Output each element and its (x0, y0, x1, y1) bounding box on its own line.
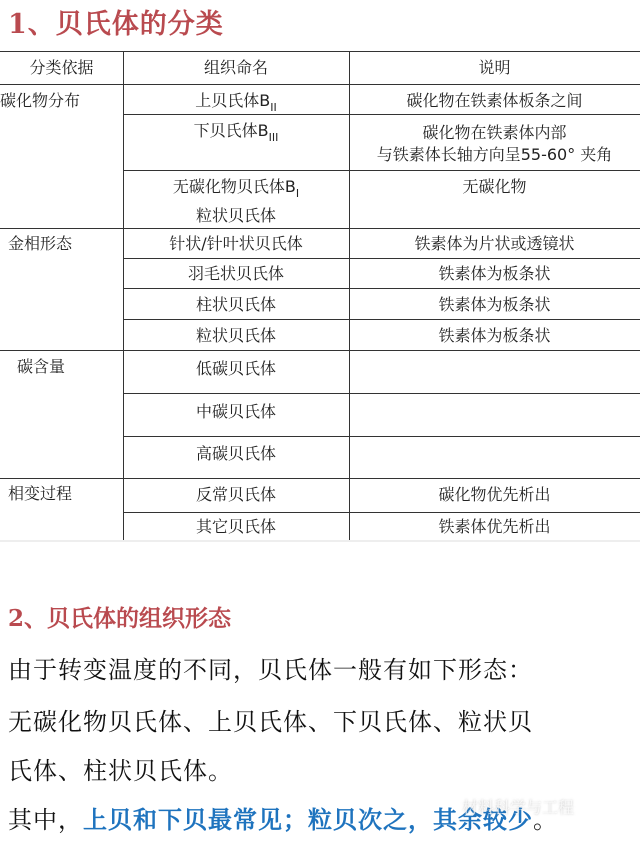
table-row-name: 反常贝氏体 (123, 484, 349, 506)
header-desc: 说明 (349, 57, 640, 79)
group-label: 碳化物分布 (0, 90, 80, 112)
table-row-name: 粒状贝氏体 (123, 325, 349, 347)
table-row-name: 针状/针叶状贝氏体 (123, 233, 349, 255)
row-divider (123, 288, 640, 289)
table-row-desc: 碳化物优先析出 (349, 484, 640, 506)
table-row-name: 高碳贝氏体 (123, 443, 349, 465)
group-divider (0, 478, 640, 479)
table-row-name: 羽毛状贝氏体 (123, 263, 349, 285)
group-divider (0, 228, 640, 229)
row-divider (123, 436, 640, 437)
table-row-desc: 铁素体为板条状 (349, 294, 640, 316)
group-label: 金相形态 (8, 233, 72, 255)
table-row-name: 无碳化物贝氏体BI 粒状贝氏体 (123, 176, 349, 227)
row-divider (123, 258, 640, 259)
table-row-name: 下贝氏体BIII (123, 120, 349, 149)
section2-title: 2、贝氏体的组织形态 (8, 600, 231, 633)
group-divider (0, 350, 640, 351)
paragraph-line: 无碳化物贝氏体、上贝氏体、下贝氏体、粒状贝 (8, 702, 533, 737)
row-divider (123, 393, 640, 394)
watermark: 材料科学与工程 (462, 795, 574, 818)
table-row-desc: 铁素体为片状或透镜状 (349, 233, 640, 255)
paragraph-line: 氏体、柱状贝氏体。 (8, 751, 233, 786)
table-row-desc: 无碳化物 (349, 176, 640, 198)
group-label: 碳含量 (17, 356, 65, 378)
group-label: 相变过程 (8, 483, 72, 505)
table-row-desc: 铁素体优先析出 (349, 516, 640, 538)
table-row-desc: 碳化物在铁素体内部 与铁素体长轴方向呈55-60° 夹角 (349, 122, 640, 166)
table-row-name: 低碳贝氏体 (123, 358, 349, 380)
table-row-name: 柱状贝氏体 (123, 294, 349, 316)
table-top-border (0, 51, 640, 52)
table-row-name: 其它贝氏体 (123, 516, 349, 538)
table-row-desc: 碳化物在铁素体板条之间 (349, 90, 640, 112)
table-row-name: 上贝氏体BII (123, 90, 349, 119)
table-row-desc: 铁素体为板条状 (349, 263, 640, 285)
table-bottom-fade (0, 540, 640, 542)
row-divider (123, 319, 640, 320)
table-row-name: 中碳贝氏体 (123, 401, 349, 423)
section1-title: 1、贝氏体的分类 (8, 2, 224, 41)
paragraph-line: 由于转变温度的不同，贝氏体一般有如下形态： (8, 650, 533, 685)
row-divider (123, 512, 640, 513)
header-basis: 分类依据 (0, 57, 123, 79)
table-row-desc: 铁素体为板条状 (349, 325, 640, 347)
header-name: 组织命名 (123, 57, 349, 79)
row-divider (123, 170, 640, 171)
header-divider (0, 84, 640, 85)
